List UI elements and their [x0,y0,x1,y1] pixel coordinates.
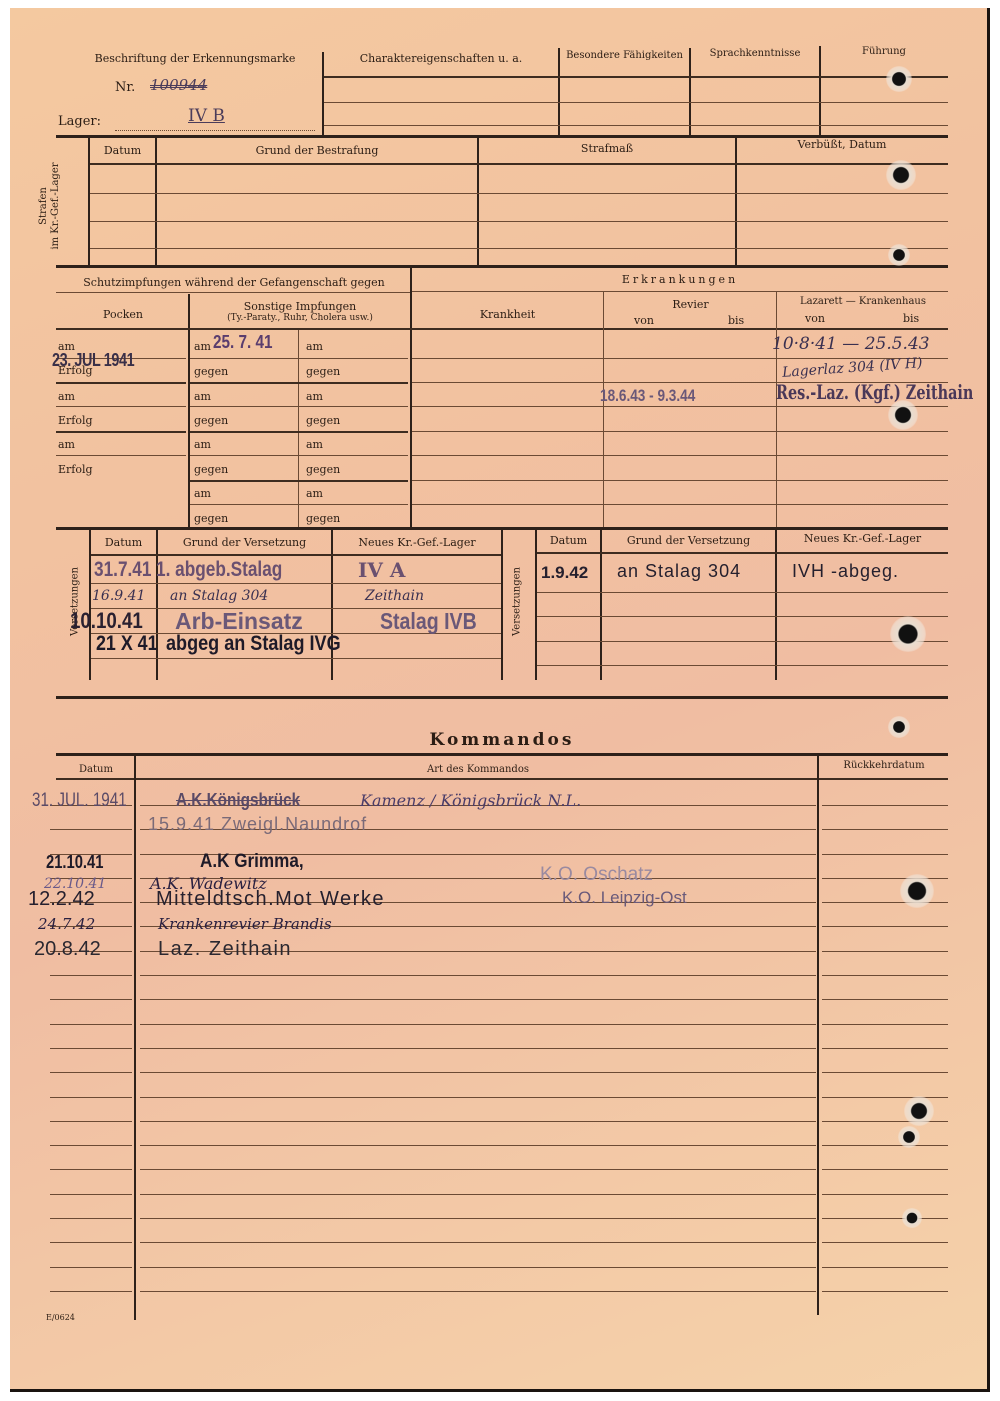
sonstige-date: 25. 7. 41 [213,332,273,353]
rule [56,455,186,456]
rule [822,1145,948,1146]
vl-row-1-datum: 31.7.41 [94,558,151,582]
sonstige-am-2b: am [306,390,323,403]
rule [190,431,408,433]
erkrankungen-title: Erkrankungen [412,273,948,286]
vl-row-3-lager: Stalag IVB [380,608,477,635]
rule [140,999,816,1000]
rule [140,1218,816,1219]
vl-row-4-grund: abgeg an Stalag IVG [166,632,341,656]
k-row-6-datum: 24.7.42 [38,915,95,933]
rule [50,1145,132,1146]
col-sprache: Sprachkenntnisse [691,48,819,59]
k-row-7-art: Laz. Zeithain [158,938,292,961]
vl-row-2-datum: 16.9.41 [92,588,145,604]
punch-hole [900,874,934,908]
rule [822,1048,948,1049]
strafen-side-label: Strafen im Kr.-Gef.-Lager [38,156,62,256]
col-lazarett: Lazarett — Krankenhaus [778,296,948,307]
k-row-1-note: Kamenz / Königsbrück N.L. [360,791,581,810]
rule [190,504,408,505]
col-vr-lager: Neues Kr.-Gef.-Lager [777,532,948,545]
rule [90,221,948,222]
col-k-rueckkehr: Rückkehrdatum [820,760,948,771]
vl-row-2-lager: Zeithain [365,588,424,604]
rule [50,1218,132,1219]
sonstige-gegen-2a: gegen [194,414,228,427]
col-vl-grund: Grund der Versetzung [158,536,331,549]
rule [412,406,948,407]
sonstige-gegen-2b: gegen [306,414,340,427]
rule [822,1169,948,1170]
rule [56,431,186,433]
pocken-date-stamp: 23. JUL 1941 [52,350,134,371]
col-vl-lager: Neues Kr.-Gef.-Lager [333,536,501,549]
sonstige-am-3b: am [306,438,323,451]
pocken-erfolg-3: Erfolg [58,463,93,476]
rule [822,854,948,855]
rule [90,193,948,194]
rule [56,328,948,330]
col-pocken: Pocken [58,308,188,321]
pocken-am-2: am [58,390,75,403]
punch-hole [886,66,912,92]
rule [56,406,186,407]
punch-hole [888,716,910,738]
divider [298,330,299,530]
rule [140,1291,816,1292]
rule [140,1048,816,1049]
punch-hole [890,616,926,652]
nr-value: 100944 [150,76,207,94]
punch-hole [902,1208,922,1228]
strafen-label-2: im Kr.-Gef.-Lager [50,162,61,249]
revier-entry: 18.6.43 - 9.3.44 [600,386,695,406]
rule [822,926,948,927]
vr-row-1-grund: an Stalag 304 [617,561,741,582]
section-rule [56,753,948,756]
col-faehigkeiten: Besondere Fähigkeiten [560,50,689,61]
rule [412,504,948,505]
rule [50,1072,132,1073]
rule [822,1097,948,1098]
lager-label: Lager: [58,114,101,129]
punch-hole [904,1096,934,1126]
section-rule [56,696,948,699]
rule [50,1242,132,1243]
sonstige-am-1a: am [194,340,211,353]
rule [140,1145,816,1146]
rule [412,455,948,456]
rule [56,292,410,293]
rule [190,406,408,407]
col-vr-grund: Grund der Versetzung [602,534,775,547]
rule [91,554,501,556]
rule [56,778,948,780]
col-k-art: Art des Kommandos [138,764,818,775]
divider [689,48,691,136]
sonstige-gegen-1a: gegen [194,365,228,378]
divider [155,138,157,266]
col-verbuesst: Verbüßt, Datum [737,138,947,151]
divider [134,755,136,1320]
lazarett-stamp: Res.-Laz. (Kgf.) Zeithain [776,380,973,404]
col-revier: Revier [605,298,776,311]
rule [822,805,948,806]
rule [140,1169,816,1170]
vl-row-2-grund: an Stalag 304 [170,588,268,604]
col-strafmass: Strafmaß [479,142,735,155]
rule [50,1169,132,1170]
col-vl-datum: Datum [91,536,156,549]
punch-hole [898,1126,920,1148]
rule [822,1194,948,1195]
rule [91,658,501,659]
lager-underline [115,130,315,131]
col-strafen-datum: Datum [90,144,155,157]
rule [140,1024,816,1025]
divider [501,530,503,680]
rule [50,1291,132,1292]
rule [140,1121,816,1122]
sonstige-gegen-4b: gegen [306,512,340,525]
nr-label: Nr. [115,80,135,95]
rule [140,1097,816,1098]
rule [90,163,948,165]
col-sonstige-sub: (Ty.-Paraty., Ruhr, Cholera usw.) [190,313,410,323]
sonstige-am-4b: am [306,487,323,500]
sonstige-am-4a: am [194,487,211,500]
rule [537,616,948,617]
rule [50,999,132,1000]
k-row-3-art: A.K Grimma, [200,851,304,873]
strafen-label-1: Strafen [38,187,49,225]
rule [90,248,948,249]
rule [190,455,408,456]
rule [140,975,816,976]
lager-value: IV B [188,106,225,126]
rule [412,480,948,481]
rule [50,1194,132,1195]
divider [603,292,604,528]
col-krankheit: Krankheit [412,308,603,321]
k-row-4-note: K.O. Oschatz [540,864,653,886]
vl-row-3-datum: 10.10.41 [70,608,143,634]
rule [822,1024,948,1025]
sonstige-am-1b: am [306,340,323,353]
rule [324,125,948,126]
vl-row-4-datum: 21 X 41 [96,632,158,656]
rule [822,975,948,976]
rule [324,76,948,78]
k-row-6-art: Krankenrevier Brandis [158,915,332,933]
vl-row-3-grund: Arb-Einsatz [175,608,303,635]
divider [477,138,479,266]
rule [537,592,948,593]
divider [776,292,777,528]
form-code: E/0624 [46,1313,75,1322]
divider [735,138,737,266]
sonstige-am-3a: am [194,438,211,451]
revier-von: von [634,314,654,327]
k-row-1-datum: 31. JUL. 1941 [32,790,127,812]
divider [88,138,90,266]
pow-record-card: Beschriftung der Erkennungsmarke Nr. 100… [10,8,990,1392]
rule [140,1242,816,1243]
rule [822,1242,948,1243]
revier-bis: bis [728,314,744,327]
k-row-5-note: K.O. Leipzig-Ost [562,888,687,908]
rule [822,1267,948,1268]
k-row-2-art: 15.9.41 Zweigl.Naundrof [148,814,367,835]
rule [56,382,186,384]
punch-hole [886,160,916,190]
rule [50,1048,132,1049]
divider [819,46,821,136]
rule [50,829,132,830]
rule [822,1218,948,1219]
rule [50,1097,132,1098]
vr-row-1-datum: 1.9.42 [541,563,588,583]
rule [91,583,501,584]
rule [50,1267,132,1268]
k-row-5-art: Mitteldtsch.Mot Werke [156,888,385,911]
col-sonstige: Sonstige Impfungen [190,300,410,313]
rule [140,1072,816,1073]
k-row-1-art: A.K.Königsbrück [176,790,300,811]
k-row-3-datum: 21.10.41 [46,852,103,873]
divider [817,755,819,1315]
sonstige-gegen-1b: gegen [306,365,340,378]
lazarett-von: von [805,312,825,325]
sonstige-gegen-3b: gegen [306,463,340,476]
vl-row-1-lager: IV A [358,558,405,582]
col-charakter: Charaktereigenschaften u. a. [324,52,558,65]
rule [822,999,948,1000]
rule [140,1267,816,1268]
rule [822,1291,948,1292]
col-k-datum: Datum [56,764,136,775]
rule [50,1121,132,1122]
col-fuehrung: Führung [821,46,947,57]
rule [140,1194,816,1195]
versetzungen-right-label: Versetzungen [512,567,523,637]
divider [558,48,560,136]
vl-row-1-grund: 1. abgeb.Stalag [156,558,282,582]
rule [190,480,408,482]
rule [412,431,948,432]
rule [190,382,408,384]
rule [50,975,132,976]
col-grund-bestrafung: Grund der Bestrafung [157,144,477,157]
rule [324,102,948,103]
rule [537,665,948,666]
pocken-am-3: am [58,438,75,451]
rule [537,641,948,642]
rule [537,552,948,554]
punch-hole [888,400,918,430]
rule [822,1072,948,1073]
lazarett-entry-1: 10·8·41 — 25.5.43 [772,334,930,354]
col-vr-datum: Datum [537,534,600,547]
k-row-5-datum: 12.2.42 [28,888,95,911]
k-row-7-datum: 20.8.42 [34,938,101,961]
vr-row-1-lager: IVH -abgeg. [792,561,899,582]
tag-label: Beschriftung der Erkennungsmarke [80,52,310,65]
rule [822,829,948,830]
sonstige-gegen-3a: gegen [194,463,228,476]
impfungen-title: Schutzimpfungen während der Gefangenscha… [58,276,410,289]
kommandos-title: Kommandos [56,730,948,750]
rule [822,951,948,952]
lazarett-bis: bis [903,312,919,325]
rule [412,291,948,292]
rule [50,1024,132,1025]
sonstige-gegen-4a: gegen [194,512,228,525]
section-rule [56,265,948,268]
rule [190,358,408,359]
pocken-erfolg-2: Erfolg [58,414,93,427]
sonstige-am-2a: am [194,390,211,403]
punch-hole [888,244,910,266]
